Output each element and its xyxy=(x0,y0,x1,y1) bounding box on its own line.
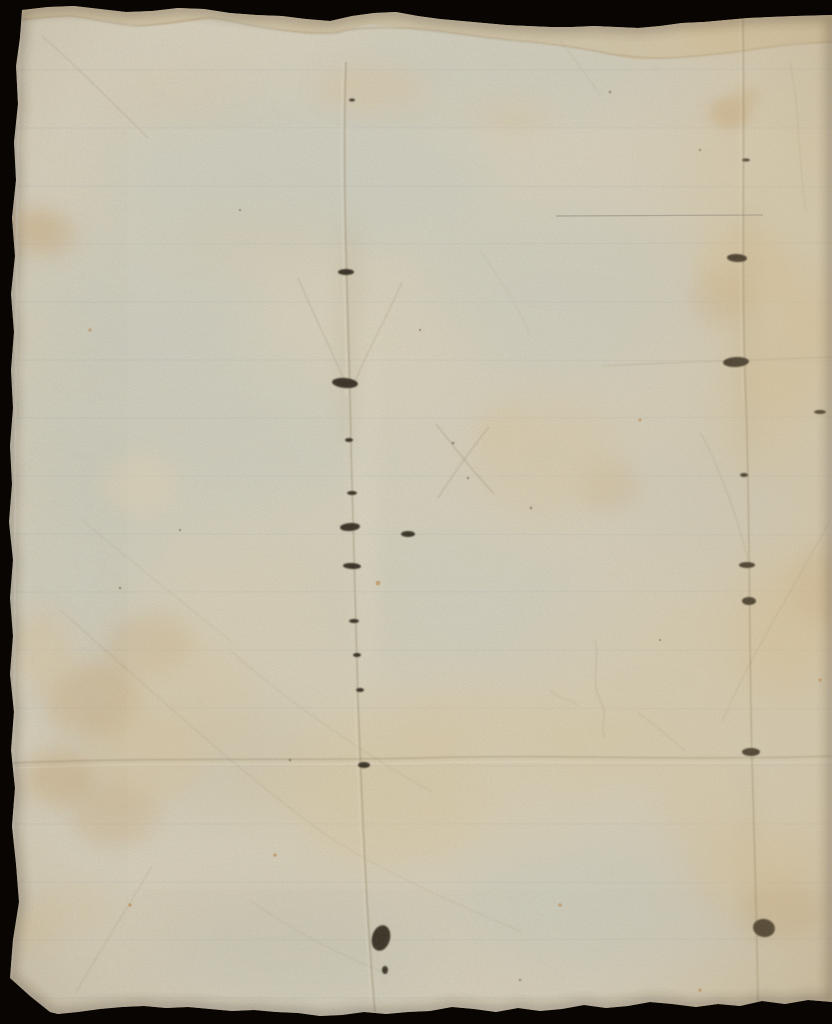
old-paper-scan xyxy=(0,0,832,1024)
photograph-old-paper xyxy=(0,0,832,1024)
warm-right-light xyxy=(0,0,832,1024)
paper-sheet xyxy=(0,0,832,1024)
